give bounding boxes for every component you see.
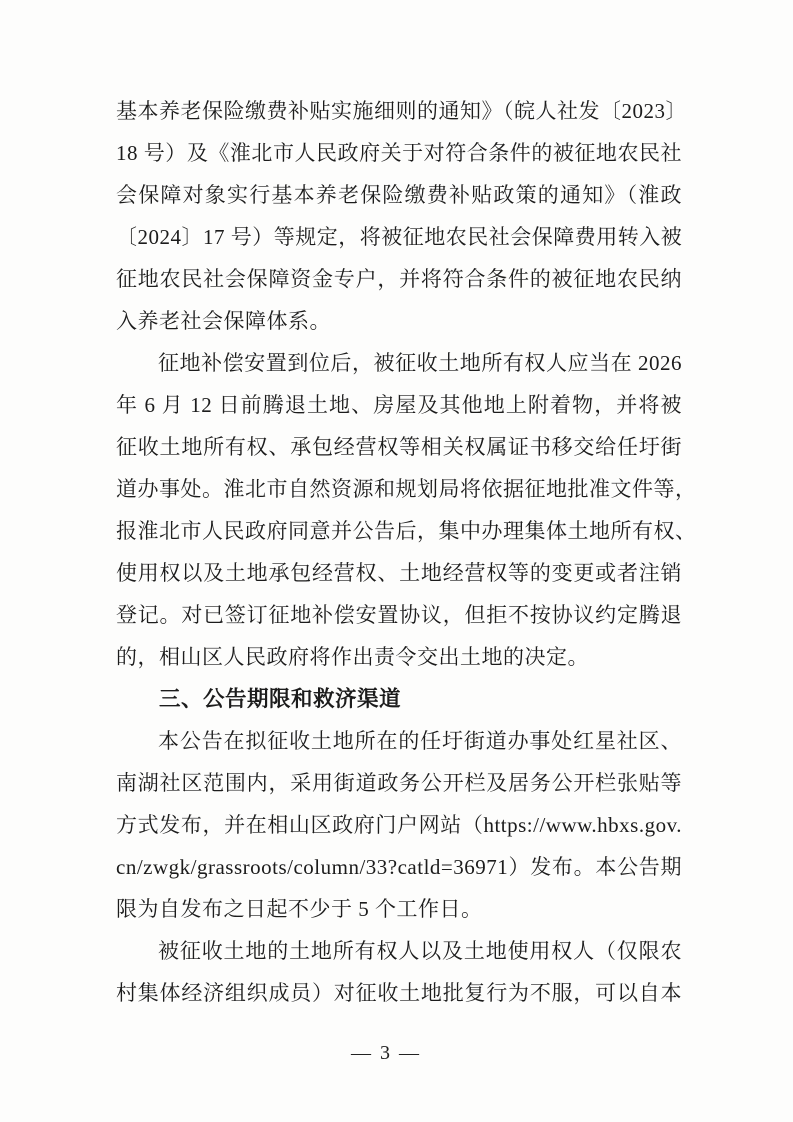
section-heading: 三、公告期限和救济渠道 xyxy=(116,678,682,720)
text-line: 报淮北市人民政府同意并公告后，集中办理集体土地所有权、 xyxy=(116,510,682,552)
text-line-paragraph-end: 入养老社会保障体系。 xyxy=(116,300,682,342)
text-line-paragraph-end: 的，相山区人民政府将作出责令交出土地的决定。 xyxy=(116,636,682,678)
text-line: 方式发布，并在相山区政府门户网站（https://www.hbxs.gov. xyxy=(116,804,682,846)
text-line-paragraph-start: 征地补偿安置到位后，被征收土地所有权人应当在 2026 xyxy=(116,342,682,384)
text-line: 登记。对已签订征地补偿安置协议，但拒不按协议约定腾退 xyxy=(116,594,682,636)
document-text-block: 基本养老保险缴费补贴实施细则的通知》（皖人社发〔2023〕 18 号）及《淮北市… xyxy=(116,90,682,1014)
text-line: 使用权以及土地承包经营权、土地经营权等的变更或者注销 xyxy=(116,552,682,594)
text-line: 基本养老保险缴费补贴实施细则的通知》（皖人社发〔2023〕 xyxy=(116,90,682,132)
text-line-paragraph-start: 本公告在拟征收土地所在的任圩街道办事处红星社区、 xyxy=(116,720,682,762)
text-line: 征地农民社会保障资金专户，并将符合条件的被征地农民纳 xyxy=(116,258,682,300)
text-line: 征收土地所有权、承包经营权等相关权属证书移交给任圩街 xyxy=(116,426,682,468)
text-line-paragraph-start: 被征收土地的土地所有权人以及土地使用权人（仅限农 xyxy=(116,930,682,972)
text-line: 南湖社区范围内，采用街道政务公开栏及居务公开栏张贴等 xyxy=(116,762,682,804)
text-line: 年 6 月 12 日前腾退土地、房屋及其他地上附着物，并将被 xyxy=(116,384,682,426)
text-line-paragraph-end: 限为自发布之日起不少于 5 个工作日。 xyxy=(116,888,682,930)
document-page: 基本养老保险缴费补贴实施细则的通知》（皖人社发〔2023〕 18 号）及《淮北市… xyxy=(0,0,793,1122)
text-line: 18 号）及《淮北市人民政府关于对符合条件的被征地农民社 xyxy=(116,132,682,174)
text-line: 会保障对象实行基本养老保险缴费补贴政策的通知》（淮政 xyxy=(116,174,682,216)
text-line: cn/zwgk/grassroots/column/33?catld=36971… xyxy=(116,846,682,888)
text-line: 村集体经济组织成员）对征收土地批复行为不服，可以自本 xyxy=(116,972,682,1014)
text-line: 道办事处。淮北市自然资源和规划局将依据征地批准文件等， xyxy=(116,468,682,510)
text-line: 〔2024〕17 号）等规定，将被征地农民社会保障费用转入被 xyxy=(116,216,682,258)
page-number: — 3 — xyxy=(116,1042,656,1065)
